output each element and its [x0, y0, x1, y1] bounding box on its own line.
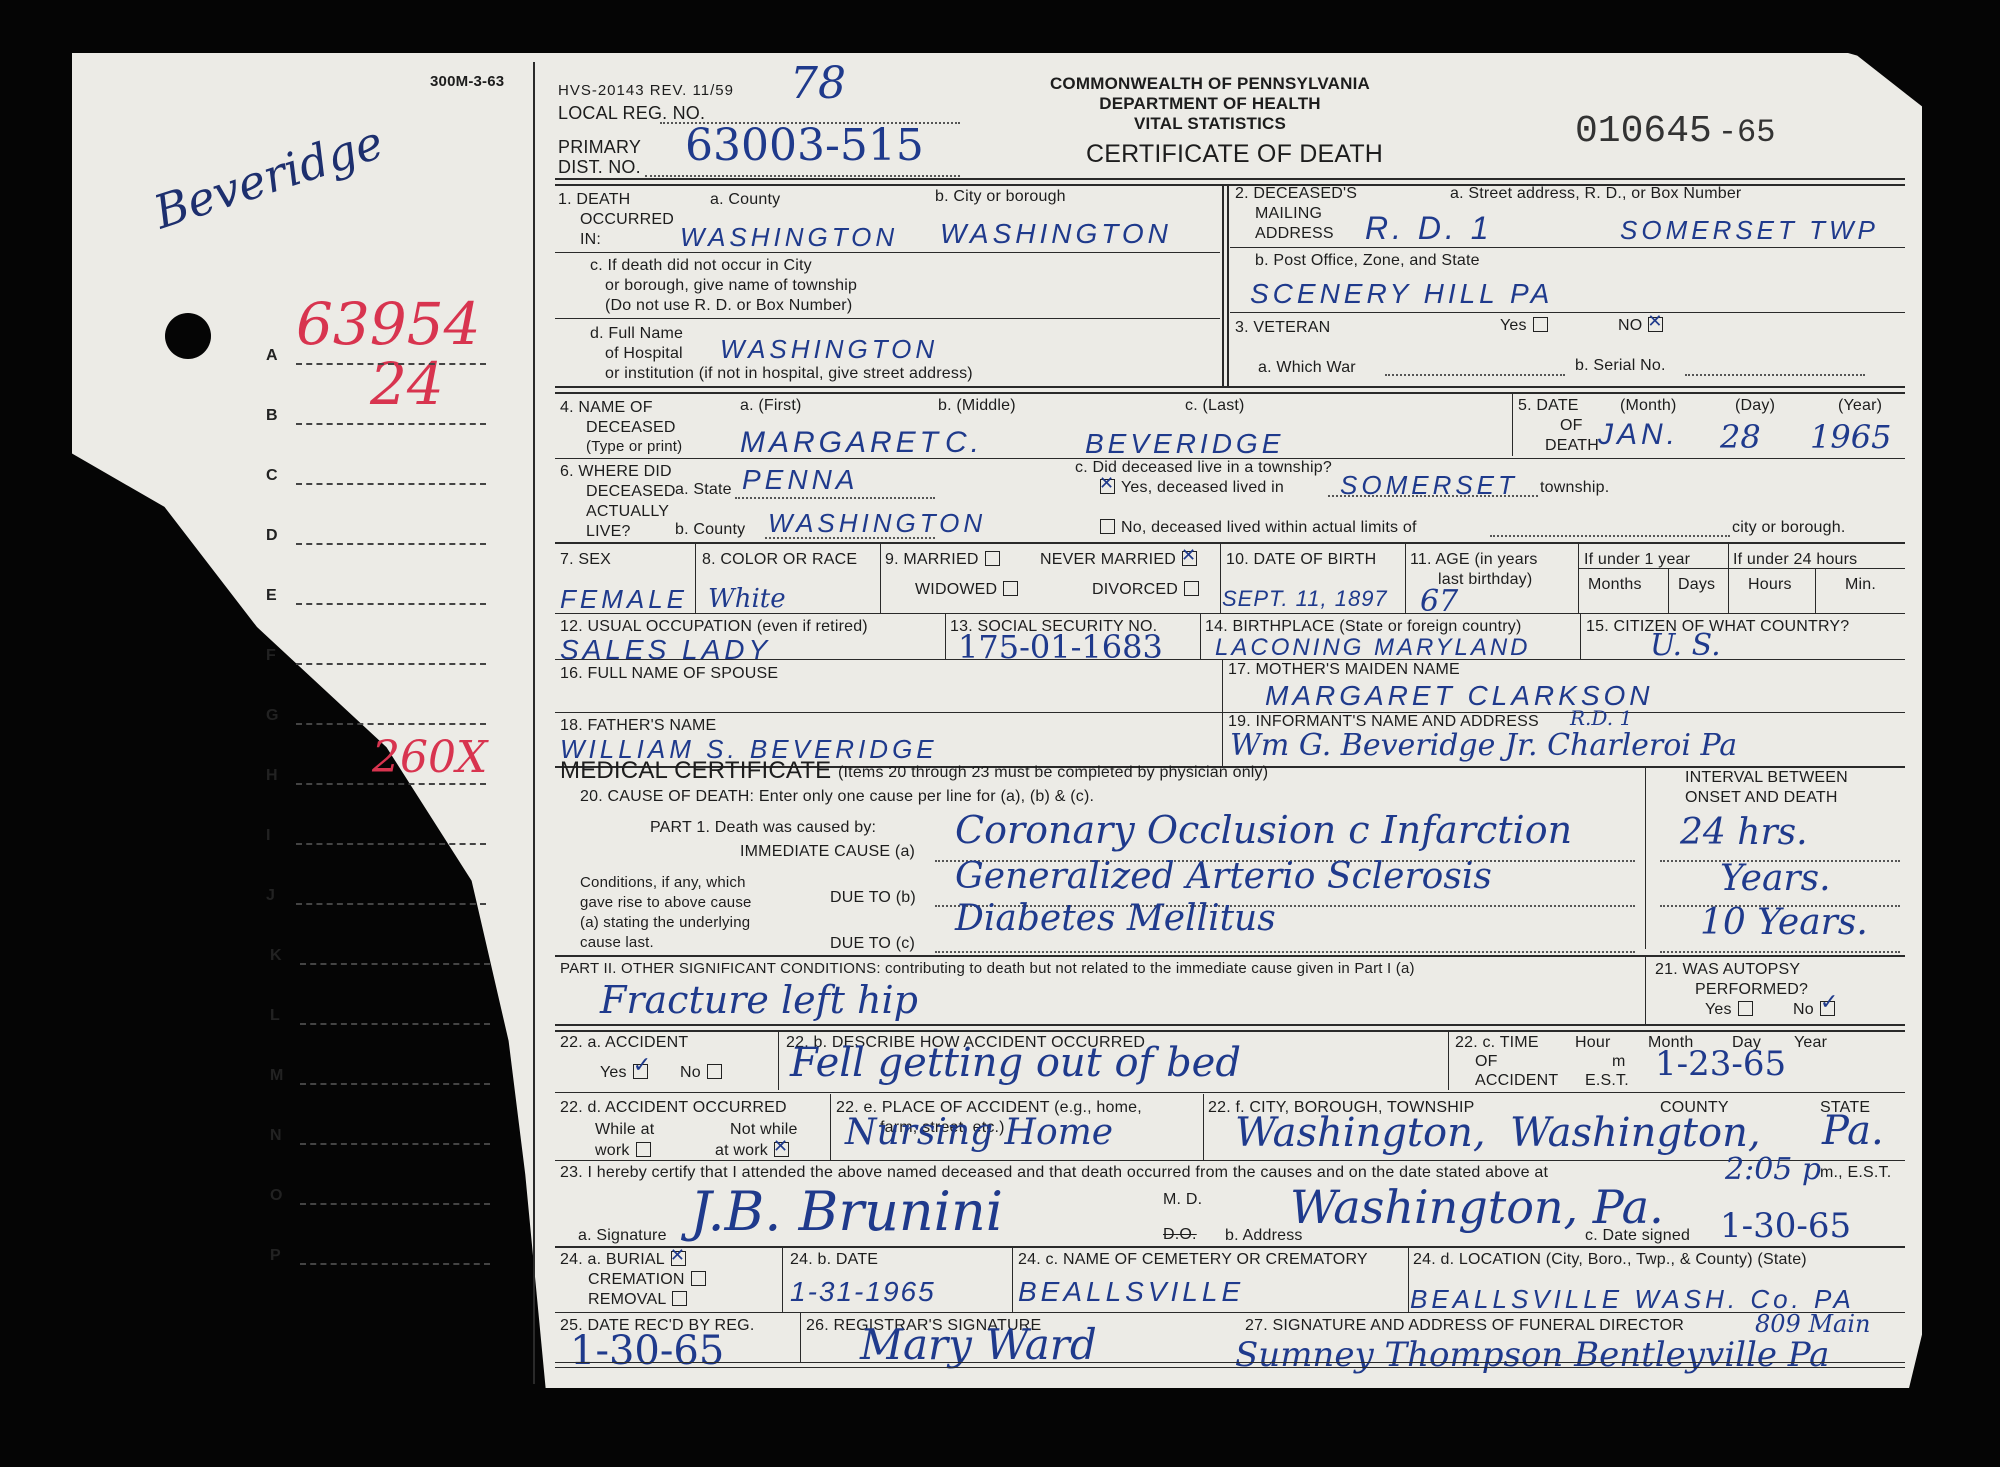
divider — [1645, 766, 1646, 949]
death-county-value: WASHINGTON — [680, 222, 898, 253]
under-1-year-label: If under 1 year — [1584, 550, 1690, 569]
sex-label: 7. SEX — [560, 550, 611, 569]
last-name-label: c. (Last) — [1185, 396, 1245, 415]
margin-entry-line — [296, 663, 486, 665]
death-time-value: 2:05 p — [1725, 1152, 1821, 1187]
rule — [555, 1160, 1905, 1161]
margin-entry-line — [300, 1263, 490, 1265]
s1-label: 1. DEATH — [558, 190, 630, 209]
certificate-number: 010645-65 — [1575, 110, 1775, 153]
funeral-director-address: 809 Main — [1755, 1310, 1870, 1338]
margin-letter-n: N — [270, 1127, 282, 1145]
cause-c-line — [935, 951, 1635, 953]
serial-line — [1685, 374, 1865, 376]
rule — [555, 178, 1905, 180]
margin-letter-o: O — [270, 1187, 282, 1205]
rule — [555, 386, 1905, 388]
res-county-label: b. County — [675, 520, 745, 539]
township-no-checkbox[interactable] — [1100, 519, 1115, 534]
burial-location-label: 24. d. LOCATION (City, Boro., Twp., & Co… — [1413, 1250, 1807, 1269]
s6-label-4: LIVE? — [586, 522, 631, 541]
divider — [830, 1094, 831, 1160]
rule — [555, 1092, 1905, 1093]
divider — [1578, 544, 1579, 614]
cause-a-value: Coronary Occlusion c Infarction — [955, 808, 1572, 852]
months-label: Months — [1588, 575, 1642, 594]
funeral-director-label: 27. SIGNATURE AND ADDRESS OF FUNERAL DIR… — [1245, 1316, 1684, 1335]
s2-b-label: b. Post Office, Zone, and State — [1255, 251, 1480, 270]
accident-no-checkbox[interactable] — [707, 1064, 722, 1079]
time-of-accident-label-3: ACCIDENT — [1475, 1071, 1558, 1090]
margin-letter-b: B — [266, 407, 278, 425]
autopsy-label-2: PERFORMED? — [1695, 980, 1808, 999]
removal-checkbox[interactable] — [672, 1291, 687, 1306]
margin-letter-l: L — [270, 1007, 280, 1025]
accident-yes-option[interactable]: Yes — [600, 1063, 648, 1082]
signature-label: a. Signature — [578, 1226, 667, 1245]
removal-label: REMOVAL — [588, 1291, 666, 1308]
divider — [880, 544, 881, 614]
middle-name-label: b. (Middle) — [938, 396, 1016, 415]
while-at-work-label-2: work — [595, 1142, 630, 1159]
s1-label2: OCCURRED — [580, 210, 674, 229]
certificate-number-main: 010645 — [1575, 110, 1712, 153]
not-while-work-option[interactable]: at work — [715, 1141, 789, 1160]
veteran-yes[interactable]: Yes — [1500, 316, 1548, 335]
margin-entry-line — [296, 483, 486, 485]
dob-value: SEPT. 11, 1897 — [1222, 586, 1388, 612]
s1-county-label: a. County — [710, 190, 780, 209]
autopsy-label-1: 21. WAS AUTOPSY — [1655, 960, 1800, 979]
township-yes-label: Yes, deceased lived in — [1121, 479, 1284, 496]
cremation-checkbox[interactable] — [691, 1271, 706, 1286]
m-est-label: m., E.S.T. — [1820, 1163, 1891, 1182]
s5-label-2: OF — [1560, 416, 1583, 435]
s1-c-label-1: c. If death did not occur in City — [590, 256, 812, 275]
s2-a-label: a. Street address, R. D., or Box Number — [1450, 184, 1741, 203]
medical-certificate-subtitle: (Items 20 through 23 must be completed b… — [838, 763, 1268, 782]
while-at-work-checkbox[interactable] — [636, 1142, 651, 1157]
s5-label-1: 5. DATE — [1518, 396, 1579, 415]
burial-date-label: 24. b. DATE — [790, 1250, 878, 1269]
widowed-label: WIDOWED — [915, 581, 997, 598]
year-label: Year — [1794, 1033, 1827, 1052]
s1-d-label-3: or institution (if not in hospital, give… — [605, 364, 973, 383]
margin-entry-line — [300, 963, 490, 965]
s6-label-1: 6. WHERE DID — [560, 462, 672, 481]
veteran-no-checkbox[interactable] — [1648, 317, 1663, 332]
mother-label: 17. MOTHER'S MAIDEN NAME — [1228, 660, 1460, 679]
margin-entry-line — [296, 903, 486, 905]
accident-how-value: Fell getting out of bed — [790, 1040, 1241, 1086]
interval-c-value: 10 Years. — [1700, 902, 1868, 943]
veteran-yes-checkbox[interactable] — [1533, 317, 1548, 332]
veteran-yes-label: Yes — [1500, 317, 1527, 334]
rule — [555, 392, 1905, 394]
township-yes-checkbox[interactable] — [1100, 479, 1115, 494]
s1-city-label: b. City or borough — [935, 187, 1066, 206]
s1-label3: IN: — [580, 230, 601, 249]
interval-label-2: ONSET AND DEATH — [1685, 788, 1838, 807]
cause-b-value: Generalized Arterio Sclerosis — [955, 856, 1492, 897]
death-city-value: WASHINGTON — [940, 218, 1172, 250]
divider — [1220, 544, 1221, 614]
ssn-value: 175-01-1683 — [958, 628, 1163, 666]
primary-label: PRIMARY — [558, 138, 641, 157]
death-year-value: 1965 — [1810, 418, 1891, 456]
race-label: 8. COLOR OR RACE — [702, 550, 857, 569]
s2-label-1: 2. DECEASED'S — [1235, 184, 1357, 203]
divider — [1203, 1094, 1204, 1160]
margin-letter-a: A — [266, 347, 278, 365]
under-24-hours-label: If under 24 hours — [1733, 550, 1857, 569]
dist-no-label: DIST. NO. — [558, 158, 641, 177]
residence-township-value: SOMERSET — [1340, 470, 1518, 501]
due-to-c-label: DUE TO (c) — [830, 934, 915, 953]
state-line — [735, 497, 935, 499]
state-label: a. State — [675, 480, 732, 499]
certificate-year: -65 — [1718, 114, 1776, 151]
city-line — [1490, 535, 1730, 537]
s1-c-label-3: (Do not use R. D. or Box Number) — [605, 296, 852, 315]
date-signed-value: 1-30-65 — [1720, 1206, 1851, 1246]
last-name-value: BEVERIDGE — [1085, 428, 1284, 460]
divider — [1728, 544, 1729, 614]
margin-letter-m: M — [270, 1067, 283, 1085]
s4-label-2: DECEASED — [586, 418, 676, 437]
rule — [1230, 247, 1905, 248]
accident-yes-checkbox[interactable] — [633, 1064, 648, 1079]
s1-d-label-1: d. Full Name — [590, 324, 683, 343]
s4-label-1: 4. NAME OF — [560, 398, 653, 417]
divider — [1405, 544, 1406, 614]
due-to-b-label: DUE TO (b) — [830, 888, 916, 907]
accident-no-option[interactable]: No — [680, 1063, 722, 1082]
hours-label: Hours — [1748, 575, 1792, 594]
margin-entry-line — [300, 1023, 490, 1025]
margin-entry-line — [296, 423, 486, 425]
divider — [1222, 184, 1224, 388]
divider — [1448, 1030, 1449, 1090]
death-day-value: 28 — [1720, 418, 1761, 456]
informant-rd-value: R.D. 1 — [1570, 706, 1632, 730]
autopsy-no-checkbox[interactable] — [1820, 1001, 1835, 1016]
which-war-line — [1385, 374, 1565, 376]
s6-label-2: DECEASED — [586, 482, 676, 501]
s1-d-label-2: of Hospital — [605, 344, 683, 363]
accident-city-value: Washington, — [1235, 1110, 1486, 1156]
physician-signature: J.B. Brunini — [690, 1180, 1003, 1243]
margin-entry-line — [296, 363, 486, 365]
accident-label: 22. a. ACCIDENT — [560, 1033, 688, 1052]
margin-entry-line — [296, 723, 486, 725]
death-month-label: (Month) — [1620, 396, 1677, 415]
local-reg-label: LOCAL REG. NO. — [558, 104, 705, 123]
rule — [555, 1246, 1905, 1248]
cause-of-death-label: 20. CAUSE OF DEATH: Enter only one cause… — [580, 787, 1094, 806]
md-label: M. D. — [1163, 1190, 1202, 1209]
commonwealth-header: COMMONWEALTH OF PENNSYLVANIA DEPARTMENT … — [1040, 74, 1380, 134]
cause-c-value: Diabetes Mellitus — [955, 898, 1276, 939]
margin-letter-d: D — [266, 527, 278, 545]
divider — [1580, 614, 1581, 660]
residence-county-value: WASHINGTON — [768, 508, 986, 539]
part2-value: Fracture left hip — [600, 978, 918, 1022]
never-married-checkbox[interactable] — [1182, 551, 1197, 566]
mailing-township-value: SOMERSET TWP — [1620, 215, 1879, 246]
interval-label-1: INTERVAL BETWEEN — [1685, 768, 1848, 787]
burial-label: 24. a. BURIAL — [560, 1251, 665, 1268]
dob-label: 10. DATE OF BIRTH — [1226, 550, 1376, 569]
occupation-value: SALES LADY — [560, 634, 771, 666]
m-label: m — [1612, 1052, 1626, 1071]
conditions-label-4: cause last. — [580, 934, 654, 952]
divider — [1815, 568, 1816, 614]
cemetery-label: 24. c. NAME OF CEMETERY OR CREMATORY — [1018, 1250, 1368, 1269]
time-of-accident-label-1: 22. c. TIME — [1455, 1033, 1539, 1052]
veteran-no-label: NO — [1618, 317, 1642, 334]
rule — [555, 1024, 1905, 1026]
rule — [555, 252, 1220, 253]
divorced-option[interactable]: DIVORCED — [1092, 580, 1199, 599]
divider — [1200, 614, 1201, 660]
township-no-label: No, deceased lived within actual limits … — [1121, 519, 1417, 536]
interval-b-value: Years. — [1720, 858, 1831, 899]
margin-divider — [533, 62, 535, 1384]
date-signed-label: c. Date signed — [1585, 1226, 1690, 1245]
margin-entry-line — [300, 1143, 490, 1145]
rule — [1230, 312, 1905, 313]
rule — [555, 1362, 1905, 1363]
cremation-option[interactable]: CREMATION — [588, 1270, 706, 1289]
accident-no-label: No — [680, 1064, 701, 1081]
divider — [1227, 184, 1229, 388]
veteran-no[interactable]: NO — [1618, 316, 1663, 335]
burial-option[interactable]: 24. a. BURIAL — [560, 1250, 686, 1269]
s2-label-3: ADDRESS — [1255, 224, 1334, 243]
township-suffix: township. — [1540, 478, 1609, 497]
township-yes-option[interactable]: Yes, deceased lived in — [1100, 478, 1284, 497]
first-name-value: MARGARET — [740, 426, 942, 460]
divider — [1668, 568, 1669, 614]
margin-entry-line — [300, 1203, 490, 1205]
margin-code-2: 24 — [370, 350, 444, 418]
post-office-value: SCENERY HILL PA — [1250, 278, 1553, 310]
removal-option[interactable]: REMOVAL — [588, 1290, 687, 1309]
burial-checkbox[interactable] — [671, 1251, 686, 1266]
sex-value: FEMALE — [560, 584, 688, 615]
rule — [555, 1030, 1905, 1032]
accident-occurred-label: 22. d. ACCIDENT OCCURRED — [560, 1098, 787, 1117]
margin-letter-f: F — [266, 647, 276, 665]
rule — [555, 955, 1905, 957]
punch-hole — [165, 313, 211, 359]
form-stock: 300M-3-63 — [430, 72, 504, 91]
conditions-label-3: (a) stating the underlying — [580, 914, 750, 932]
divider — [778, 1030, 779, 1090]
widowed-checkbox[interactable] — [1003, 581, 1018, 596]
autopsy-no-option[interactable]: No — [1793, 1000, 1835, 1019]
s4-label-3: (Type or print) — [586, 438, 682, 456]
which-war-label: a. Which War — [1258, 358, 1356, 377]
residence-state-value: PENNA — [742, 464, 858, 496]
cremation-label: CREMATION — [588, 1271, 685, 1288]
father-label: 18. FATHER'S NAME — [560, 716, 716, 735]
s5-label-3: DEATH — [1545, 436, 1599, 455]
city-suffix: city or borough. — [1732, 518, 1845, 537]
funeral-director-signature: Sumney Thompson Bentleyville Pa — [1235, 1335, 1829, 1375]
rule — [555, 1312, 1905, 1313]
certificate-title: CERTIFICATE OF DEATH — [1086, 140, 1383, 168]
hour-label: Hour — [1575, 1033, 1610, 1052]
margin-entry-line — [296, 543, 486, 545]
immediate-cause-label: IMMEDIATE CAUSE (a) — [740, 842, 915, 861]
divorced-label: DIVORCED — [1092, 581, 1178, 598]
autopsy-yes-option[interactable]: Yes — [1705, 1000, 1753, 1019]
divider — [695, 544, 696, 614]
form-number: HVS-20143 REV. 11/59 — [558, 82, 734, 100]
part1-label: PART 1. Death was caused by: — [650, 818, 876, 837]
interval-a-value: 24 hrs. — [1680, 812, 1808, 853]
header-line-3: VITAL STATISTICS — [1040, 114, 1380, 134]
accident-state-value: Pa. — [1822, 1108, 1884, 1154]
accident-county-value: Washington, — [1510, 1110, 1761, 1156]
divider — [1222, 660, 1223, 768]
s6-label-3: ACTUALLY — [586, 502, 669, 521]
divider — [1512, 392, 1513, 456]
margin-letter-c: C — [266, 467, 278, 485]
margin-entry-line — [296, 603, 486, 605]
medical-certificate-title: MEDICAL CERTIFICATE — [560, 756, 831, 786]
cemetery-value: BEALLSVILLE — [1018, 1276, 1244, 1308]
married-option[interactable]: 9. MARRIED — [885, 550, 1000, 569]
margin-entry-line — [300, 1083, 490, 1085]
conditions-label-2: gave rise to above cause — [580, 894, 752, 912]
middle-name-value: C. — [945, 426, 983, 460]
first-name-label: a. (First) — [740, 396, 802, 415]
while-at-work-option[interactable]: work — [595, 1141, 651, 1160]
margin-letter-h: H — [266, 767, 278, 785]
primary-dist-value: 63003-515 — [685, 120, 924, 171]
divider — [782, 1248, 783, 1312]
age-label-1: 11. AGE (in years — [1410, 550, 1538, 569]
autopsy-no-label: No — [1793, 1001, 1814, 1018]
township-no-option[interactable]: No, deceased lived within actual limits … — [1100, 518, 1417, 537]
mailing-street-value: R. D. 1 — [1365, 210, 1493, 247]
margin-entry-line — [296, 843, 486, 845]
days-label: Days — [1678, 575, 1715, 594]
married-label: 9. MARRIED — [885, 551, 979, 568]
death-day-label: (Day) — [1735, 396, 1775, 415]
not-while-work-label-2: at work — [715, 1142, 768, 1159]
divorced-checkbox[interactable] — [1184, 581, 1199, 596]
s1-c-label-2: or borough, give name of township — [605, 276, 857, 295]
divider — [1408, 1248, 1409, 1312]
header-line-1: COMMONWEALTH OF PENNSYLVANIA — [1040, 74, 1380, 94]
widowed-option[interactable]: WIDOWED — [915, 580, 1018, 599]
divider — [800, 1313, 801, 1363]
serial-no-label: b. Serial No. — [1575, 356, 1666, 375]
while-at-work-label-1: While at — [595, 1120, 654, 1139]
local-reg-value: 78 — [790, 58, 846, 109]
rule — [555, 542, 1905, 544]
rule — [555, 318, 1220, 319]
rule — [555, 1367, 1905, 1368]
accident-date-value: 1-23-65 — [1655, 1044, 1786, 1084]
margin-letter-k: K — [270, 947, 282, 965]
married-checkbox[interactable] — [985, 551, 1000, 566]
accident-place-value: Nursing Home — [845, 1112, 1113, 1153]
spouse-label: 16. FULL NAME OF SPOUSE — [560, 664, 778, 683]
do-label: D.O. — [1163, 1225, 1197, 1244]
est-label: E.S.T. — [1585, 1071, 1629, 1090]
hospital-value: WASHINGTON — [720, 334, 938, 365]
not-while-work-checkbox[interactable] — [774, 1142, 789, 1157]
autopsy-yes-label: Yes — [1705, 1001, 1732, 1018]
conditions-label-1: Conditions, if any, which — [580, 874, 746, 892]
divider — [1645, 956, 1646, 1024]
death-year-label: (Year) — [1838, 396, 1882, 415]
birthplace-value: LACONING MARYLAND — [1215, 634, 1531, 662]
header-line-2: DEPARTMENT OF HEALTH — [1040, 94, 1380, 114]
burial-date-value: 1-31-1965 — [790, 1276, 936, 1308]
divider — [1012, 1248, 1013, 1312]
never-married-label: NEVER MARRIED — [1040, 551, 1176, 568]
death-month-value: JAN. — [1598, 418, 1679, 452]
primary-dist-line — [645, 175, 960, 177]
part2-label: PART II. OTHER SIGNIFICANT CONDITIONS: c… — [560, 960, 1415, 978]
race-value: White — [708, 584, 786, 614]
veteran-label: 3. VETERAN — [1235, 318, 1330, 337]
margin-letter-j: J — [266, 887, 275, 905]
margin-entry-line — [296, 783, 486, 785]
margin-letter-g: G — [266, 707, 278, 725]
time-of-accident-label-2: OF — [1475, 1052, 1498, 1071]
margin-letter-e: E — [266, 587, 277, 605]
margin-code-1: 63954 — [296, 290, 481, 358]
autopsy-yes-checkbox[interactable] — [1738, 1001, 1753, 1016]
rule — [555, 613, 1905, 614]
divider — [945, 614, 946, 660]
margin-letter-p: P — [270, 1247, 281, 1265]
margin-letter-i: I — [266, 827, 270, 845]
never-married-option[interactable]: NEVER MARRIED — [1040, 550, 1197, 569]
min-label: Min. — [1845, 575, 1876, 594]
margin-code-3: 260X — [372, 732, 487, 783]
interval-c-line — [1660, 951, 1900, 953]
informant-value: Wm G. Beveridge Jr. Charleroi Pa — [1230, 728, 1737, 763]
citizen-value: U. S. — [1650, 628, 1721, 663]
accident-yes-label: Yes — [600, 1064, 627, 1081]
s2-label-2: MAILING — [1255, 204, 1322, 223]
